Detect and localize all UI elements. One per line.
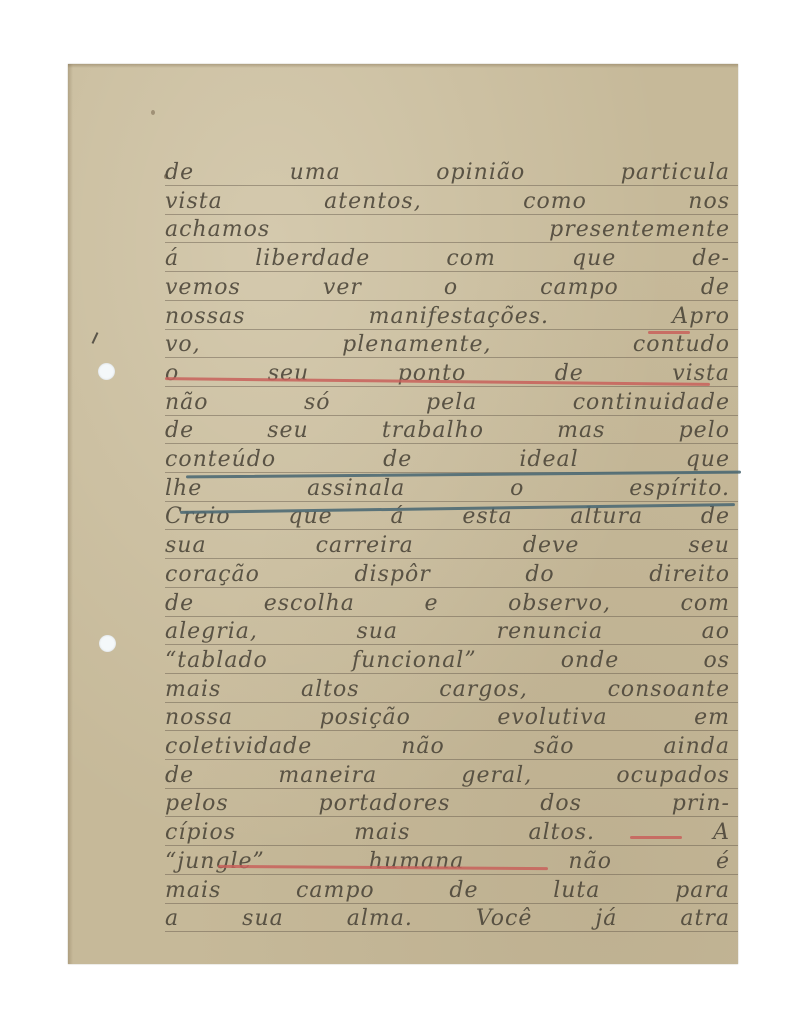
word: evolutiva [497, 704, 607, 732]
word: vista [165, 188, 223, 216]
word: prin- [672, 790, 730, 818]
word: trabalho [382, 417, 484, 445]
word: nossas [165, 303, 245, 331]
punch-hole-top [98, 363, 115, 380]
word: direito [649, 561, 730, 589]
word: que [288, 503, 332, 531]
word: do [525, 561, 554, 589]
word: altos [301, 676, 360, 704]
manuscript-line: maisaltoscargos,consoante [165, 676, 730, 704]
word: para [675, 877, 730, 905]
word: deve [523, 532, 580, 560]
word: pelo [679, 417, 730, 445]
word: com [681, 590, 730, 618]
word: contudo [633, 331, 730, 359]
manuscript-line: demaneirageral,ocupados [165, 762, 730, 790]
word: renuncia [497, 618, 604, 646]
word: Creio [165, 503, 231, 531]
word: de [383, 446, 412, 474]
word: opinião [436, 159, 525, 187]
word: em [694, 704, 730, 732]
word: assinala [307, 475, 405, 503]
word: funcional” [352, 647, 477, 675]
word: observo, [508, 590, 611, 618]
word: mais [165, 877, 221, 905]
word: dispôr [354, 561, 430, 589]
word: de [701, 274, 730, 302]
word: espírito. [629, 475, 730, 503]
manuscript-line: pelosportadoresdosprin- [165, 790, 730, 818]
word: ocupados [616, 762, 730, 790]
word: “jungle” [165, 848, 265, 876]
word: sua [242, 905, 284, 933]
word: seu [689, 532, 730, 560]
word: portadores [319, 790, 451, 818]
word: humana [369, 848, 465, 876]
word: mas [557, 417, 605, 445]
word: ver [323, 274, 362, 302]
word: a [165, 905, 179, 933]
word: vemos [165, 274, 241, 302]
word: alegria, [165, 618, 258, 646]
word: ponto [398, 360, 467, 388]
manuscript-line: maiscampodelutapara [165, 877, 730, 905]
word: Você [476, 905, 532, 933]
word: de- [692, 245, 730, 273]
word: mais [354, 819, 410, 847]
manuscript-line: lheassinalaoespírito. [165, 475, 730, 503]
word: de [165, 762, 194, 790]
word: com [446, 245, 495, 273]
word: não [165, 389, 209, 417]
word: não [568, 848, 612, 876]
word: luta [553, 877, 600, 905]
word: campo [296, 877, 375, 905]
manuscript-line: áliberdadecomquede- [165, 245, 730, 273]
word: pelos [165, 790, 229, 818]
manuscript-page: deumaopiniãoparticulavistaatentos,comono… [68, 64, 738, 964]
word: só [304, 389, 331, 417]
word: já [595, 905, 617, 933]
word: não [401, 733, 445, 761]
word: cargos, [439, 676, 528, 704]
word: campo [540, 274, 619, 302]
word: é [716, 848, 730, 876]
word: de [165, 159, 194, 187]
word: nos [688, 188, 730, 216]
word: seu [267, 417, 308, 445]
word: de [165, 590, 194, 618]
word: liberdade [255, 245, 370, 273]
word: ainda [663, 733, 730, 761]
word: os [703, 647, 730, 675]
word: o [165, 360, 179, 388]
word: nossa [165, 704, 233, 732]
word: consoante [608, 676, 730, 704]
red-underline-a [630, 836, 682, 839]
manuscript-line: coraçãodispôrdodireito [165, 561, 730, 589]
margin-mark [92, 332, 99, 344]
manuscript-line: cípiosmaisaltos.A [165, 819, 730, 847]
manuscript-line: achamospresentemente [165, 216, 730, 244]
word: “tablado [165, 647, 268, 675]
word: o [510, 475, 524, 503]
manuscript-line: deescolhaeobservo,com [165, 590, 730, 618]
word: onde [561, 647, 620, 675]
word: sua [356, 618, 398, 646]
word: seu [268, 360, 309, 388]
word: pela [426, 389, 477, 417]
word: sua [165, 532, 207, 560]
word: A [713, 819, 730, 847]
word: de [165, 417, 194, 445]
manuscript-line: deseutrabalhomaspelo [165, 417, 730, 445]
word: particula [621, 159, 730, 187]
word: continuidade [573, 389, 730, 417]
word: altos. [528, 819, 595, 847]
red-underline-apro [648, 331, 690, 334]
word: o [444, 274, 458, 302]
word: plenamente, [342, 331, 491, 359]
word: coração [165, 561, 260, 589]
manuscript-line: vistaatentos,comonos [165, 188, 730, 216]
word: geral, [461, 762, 532, 790]
word: presentemente [549, 216, 730, 244]
word: Apro [672, 303, 730, 331]
word: vo, [165, 331, 201, 359]
manuscript-line: nãosópelacontinuidade [165, 389, 730, 417]
manuscript-line: nossasmanifestações.Apro [165, 303, 730, 331]
manuscript-line: alegria,suarenunciaao [165, 618, 730, 646]
punch-hole-bottom [99, 635, 116, 652]
word: coletividade [165, 733, 312, 761]
manuscript-line: vo,plenamente,contudo [165, 331, 730, 359]
manuscript-line: nossaposiçãoevolutivaem [165, 704, 730, 732]
word: conteúdo [165, 446, 276, 474]
word: atra [680, 905, 730, 933]
word: e [425, 590, 439, 618]
word: ao [702, 618, 730, 646]
ink-spot [151, 110, 155, 115]
word: como [523, 188, 587, 216]
manuscript-line: “jungle”humananãoé [165, 848, 730, 876]
word: manifestações. [369, 303, 549, 331]
manuscript-line: asuaalma.Vocêjáatra [165, 905, 730, 933]
word: achamos [165, 216, 270, 244]
word: posição [320, 704, 411, 732]
manuscript-line: vemosverocampode [165, 274, 730, 302]
manuscript-line: deumaopiniãoparticula [165, 159, 730, 187]
word: de [449, 877, 478, 905]
word: escolha [264, 590, 355, 618]
word: dos [540, 790, 582, 818]
word: maneira [278, 762, 377, 790]
word: á [165, 245, 179, 273]
word: de [701, 503, 730, 531]
word: que [572, 245, 616, 273]
word: alma. [347, 905, 413, 933]
word: lhe [165, 475, 202, 503]
word: mais [165, 676, 221, 704]
word: uma [290, 159, 341, 187]
manuscript-line: coletividadenãosãoainda [165, 733, 730, 761]
word: cípios [165, 819, 236, 847]
manuscript-line: conteúdodeidealque [165, 446, 730, 474]
manuscript-line: “tabladofuncional”ondeos [165, 647, 730, 675]
word: ideal [519, 446, 578, 474]
word: atentos, [324, 188, 422, 216]
word: carreira [316, 532, 414, 560]
word: são [534, 733, 575, 761]
manuscript-line: suacarreiradeveseu [165, 532, 730, 560]
